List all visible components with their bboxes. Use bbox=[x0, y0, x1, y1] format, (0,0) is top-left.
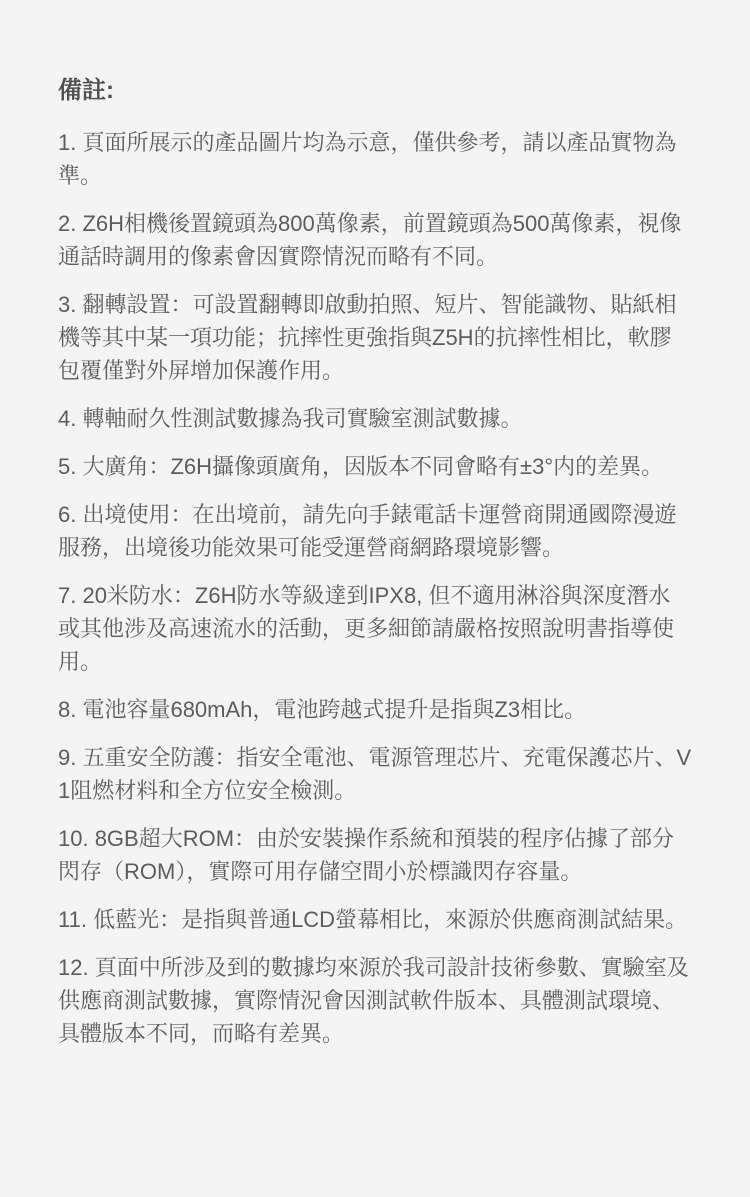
note-item: 10. 8GB超大ROM：由於安裝操作系統和預裝的程序佔據了部分閃存（ROM），… bbox=[58, 822, 692, 888]
note-item: 3. 翻轉設置：可設置翻轉即啟動拍照、短片、智能識物、貼紙相機等其中某一項功能；… bbox=[58, 288, 692, 387]
note-item: 12. 頁面中所涉及到的數據均來源於我司設計技術參數、實驗室及供應商測試數據，實… bbox=[58, 951, 692, 1050]
note-item: 2. Z6H相機後置鏡頭為800萬像素，前置鏡頭為500萬像素，視像通話時調用的… bbox=[58, 207, 692, 273]
note-item: 5. 大廣角：Z6H攝像頭廣角，因版本不同會略有±3°内的差異。 bbox=[58, 450, 692, 483]
notes-heading: 備註: bbox=[58, 74, 692, 108]
note-item: 11. 低藍光：是指與普通LCD螢幕相比，來源於供應商測試結果。 bbox=[58, 903, 692, 936]
note-item: 4. 轉軸耐久性測試數據為我司實驗室測試數據。 bbox=[58, 402, 692, 435]
notes-section: 備註: 1. 頁面所展示的產品圖片均為示意，僅供參考，請以產品實物為準。 2. … bbox=[0, 0, 750, 1050]
note-item: 9. 五重安全防護：指安全電池、電源管理芯片、充電保護芯片、V1阻燃材料和全方位… bbox=[58, 741, 692, 807]
note-item: 8. 電池容量680mAh，電池跨越式提升是指與Z3相比。 bbox=[58, 693, 692, 726]
notes-list: 1. 頁面所展示的產品圖片均為示意，僅供參考，請以產品實物為準。 2. Z6H相… bbox=[58, 126, 692, 1050]
note-item: 1. 頁面所展示的產品圖片均為示意，僅供參考，請以產品實物為準。 bbox=[58, 126, 692, 192]
note-item: 6. 出境使用：在出境前，請先向手錶電話卡運營商開通國際漫遊服務，出境後功能效果… bbox=[58, 498, 692, 564]
note-item: 7. 20米防水：Z6H防水等級達到IPX8, 但不適用淋浴與深度潛水或其他涉及… bbox=[58, 579, 692, 678]
